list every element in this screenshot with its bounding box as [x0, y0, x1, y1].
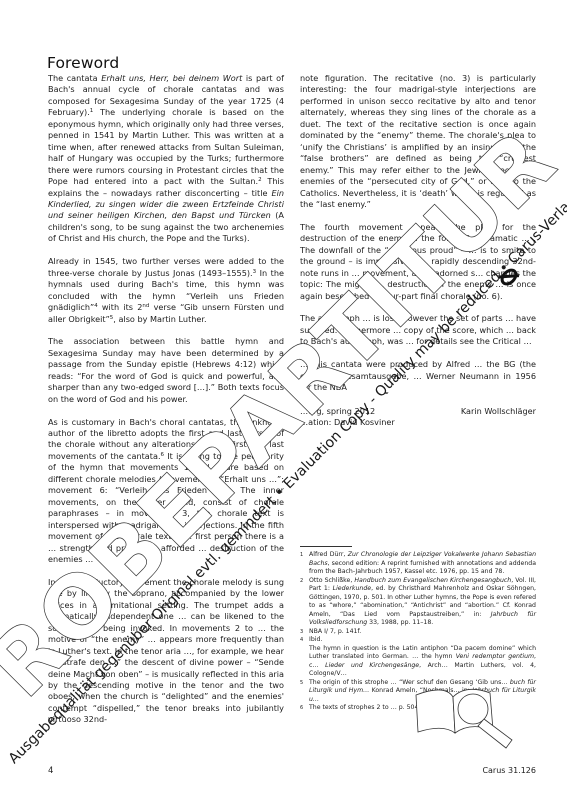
footnotes: 1Alfred Dürr, Zur Chronologie der Leipzi… [300, 551, 536, 713]
paragraph-association: The association between this battle hymn… [48, 336, 284, 405]
paragraph-recitative: note figuration. The recitative (no. 3) … [300, 73, 536, 210]
footnote-3: 3NBA I/ 7, p. 141f. [300, 628, 536, 637]
page-number: 4 [48, 766, 53, 776]
footnote-2: 2Otto Schlißke, Handbuch zum Evangelisch… [300, 577, 536, 628]
paragraph-verses: Already in 1545, two further verses were… [48, 256, 284, 325]
footnote-4: 4Ibid. [300, 636, 536, 645]
page-title: Foreword [47, 54, 119, 72]
footnote-divider [300, 546, 352, 547]
right-column: note figuration. The recitative (no. 3) … [300, 73, 536, 429]
place-date: …erg, spring 2012 [300, 406, 375, 417]
paragraph-fourth-movement: The fourth movement repeats the plea for… [300, 222, 536, 302]
footnote-1: 1Alfred Dürr, Zur Chronologie der Leipzi… [300, 551, 536, 577]
footnote-4-continued: The hymn in question is the Latin antiph… [300, 645, 536, 679]
paragraph-sources: The autograph … is lost, however the set… [300, 313, 536, 347]
paragraph-introduction-movement: In the introductory movement the chorale… [48, 577, 284, 726]
author-name: Karin Wollschläger [461, 406, 536, 417]
translator-credit: …ation: David Kosviner [300, 417, 536, 428]
paragraph-editions: … this cantata were produced by Alfred …… [300, 359, 536, 393]
left-column: The cantata Erhalt uns, Herr, bei deinem… [48, 73, 284, 726]
signature-row: …erg, spring 2012 Karin Wollschläger [300, 406, 536, 417]
catalog-number: Carus 31.126 [482, 766, 536, 775]
paragraph-libretto: As is customary in Bach's choral cantata… [48, 417, 284, 566]
paragraph-intro: The cantata Erhalt uns, Herr, bei deinem… [48, 73, 284, 245]
footnote-5: 5The origin of this strophe … “Wer schuf… [300, 679, 536, 705]
footnote-6: 6The texts of strophes 2 to … p. 504. [300, 704, 536, 713]
